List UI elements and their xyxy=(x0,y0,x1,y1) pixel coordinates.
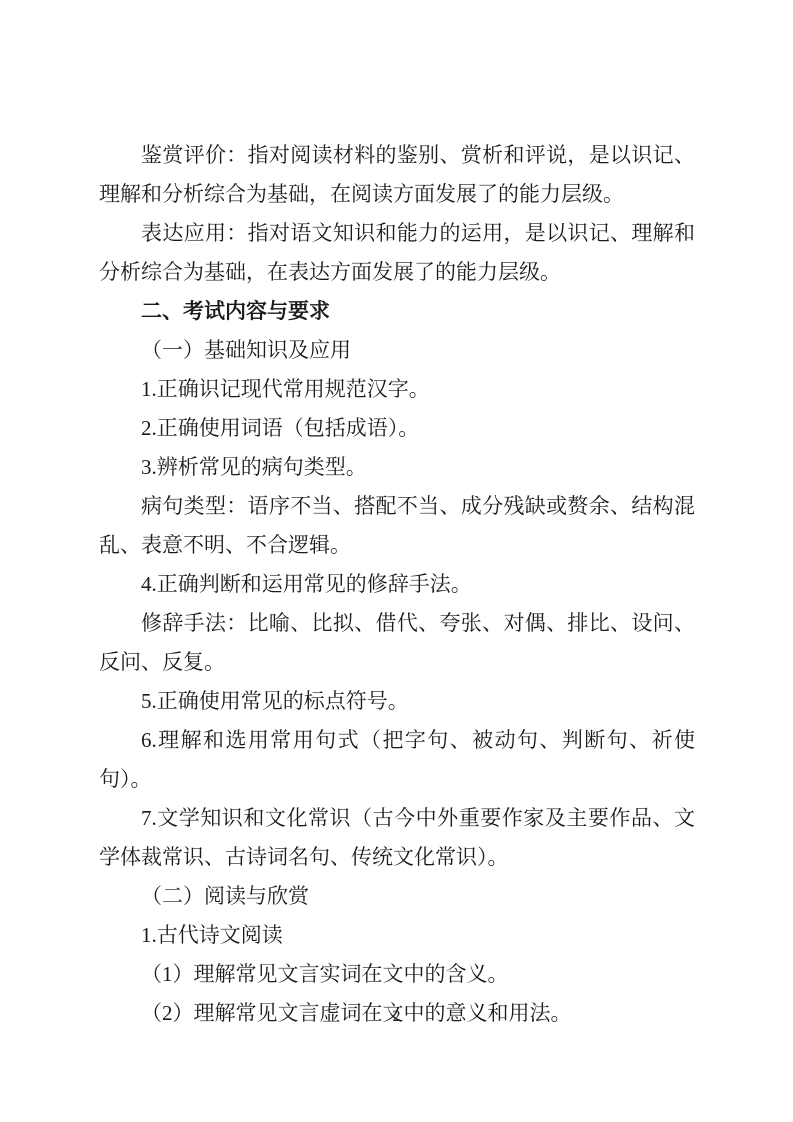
page-number: 2 xyxy=(0,1008,793,1026)
paragraph-expression-application: 表达应用：指对语文知识和能力的运用，是以识记、理解和分析综合为基础，在表达方面发… xyxy=(99,214,695,292)
sub-item-1-content-words-meaning: （1）理解常见文言实词在文中的含义。 xyxy=(99,955,695,994)
section-heading-exam-content-requirements: 二、考试内容与要求 xyxy=(99,292,695,331)
document-body: 鉴赏评价：指对阅读材料的鉴别、赏析和评说，是以识记、理解和分析综合为基础，在阅读… xyxy=(99,136,695,1033)
subheading-basic-knowledge-application: （一）基础知识及应用 xyxy=(99,331,695,370)
document-page: 鉴赏评价：指对阅读材料的鉴别、赏析和评说，是以识记、理解和分析综合为基础，在阅读… xyxy=(0,0,793,1122)
list-item-5-punctuation: 5.正确使用常见的标点符号。 xyxy=(99,682,695,721)
list-item-3-sick-sentence-types: 3.辨析常见的病句类型。 xyxy=(99,448,695,487)
list-item-7-literary-cultural-knowledge: 7.文学知识和文化常识（古今中外重要作家及主要作品、文学体裁常识、古诗词名句、传… xyxy=(99,799,695,877)
list-item-1-standard-characters: 1.正确识记现代常用规范汉字。 xyxy=(99,370,695,409)
list-item-2-word-usage: 2.正确使用词语（包括成语）。 xyxy=(99,409,695,448)
paragraph-sick-sentence-type-list: 病句类型：语序不当、搭配不当、成分残缺或赘余、结构混乱、表意不明、不合逻辑。 xyxy=(99,487,695,565)
paragraph-rhetorical-device-list: 修辞手法：比喻、比拟、借代、夸张、对偶、排比、设问、反问、反复。 xyxy=(99,604,695,682)
subheading-reading-appreciation: （二）阅读与欣赏 xyxy=(99,877,695,916)
list-item-4-rhetorical-devices: 4.正确判断和运用常见的修辞手法。 xyxy=(99,565,695,604)
paragraph-appreciation-evaluation: 鉴赏评价：指对阅读材料的鉴别、赏析和评说，是以识记、理解和分析综合为基础，在阅读… xyxy=(99,136,695,214)
list-item-1-ancient-poetry-prose-reading: 1.古代诗文阅读 xyxy=(99,916,695,955)
list-item-6-sentence-patterns: 6.理解和选用常用句式（把字句、被动句、判断句、祈使句）。 xyxy=(99,721,695,799)
